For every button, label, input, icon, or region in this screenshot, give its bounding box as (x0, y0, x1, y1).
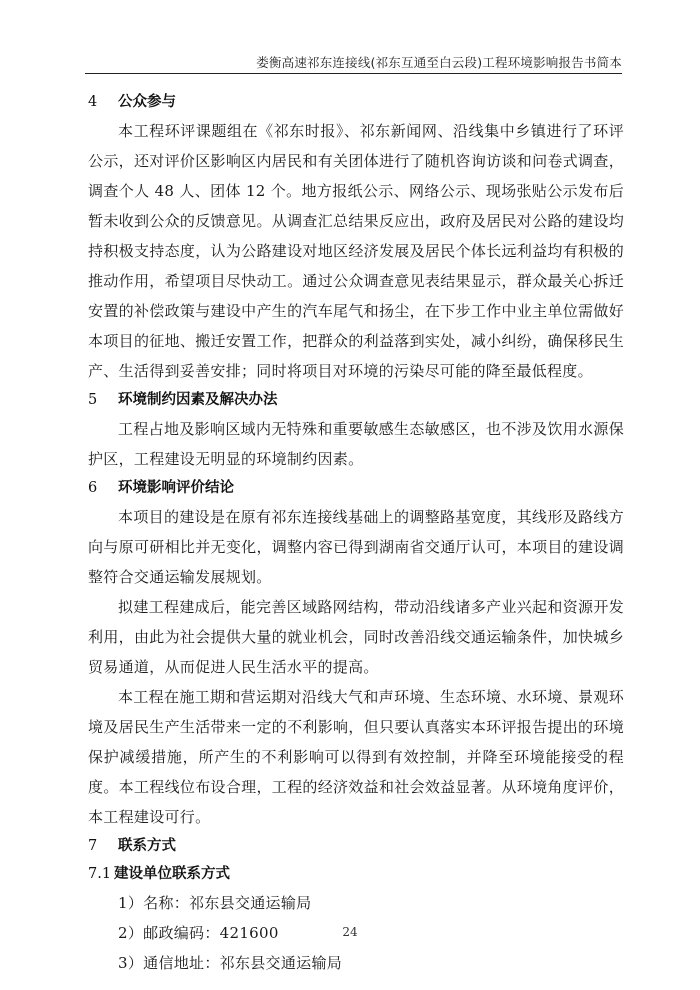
paragraph: 本项目的建设是在原有祁东连接线基础上的调整路基宽度，其线形及路线方向与原可研相比… (88, 502, 624, 592)
section-number: 5 (88, 386, 118, 414)
paragraph: 本工程在施工期和营运期对沿线大气和声环境、生态环境、水环境、景观环境及居民生产生… (88, 682, 624, 832)
section-number: 6 (88, 474, 118, 502)
section-heading-public-participation: 4公众参与 (88, 88, 624, 116)
section-title: 环境制约因素及解决办法 (118, 392, 278, 408)
section-number: 7 (88, 832, 118, 860)
section-heading-eia-conclusion: 6环境影响评价结论 (88, 474, 624, 502)
contact-address: 3）通信地址：祁东县交通运输局 (88, 948, 624, 978)
section-heading-environmental-constraints: 5环境制约因素及解决办法 (88, 386, 624, 414)
running-header: 娄衡高速祁东连接线(祁东互通至白云段)工程环境影响报告书简本 (85, 55, 622, 74)
subsection-number: 7.1 (88, 860, 114, 888)
section-number: 4 (88, 88, 118, 116)
section-title: 公众参与 (118, 94, 176, 110)
subsection-title: 建设单位联系方式 (114, 866, 230, 882)
section-title: 环境影响评价结论 (118, 480, 234, 496)
subsection-heading-builder-contact: 7.1建设单位联系方式 (88, 860, 624, 888)
paragraph: 本工程环评课题组在《祁东时报》、祁东新闻网、沿线集中乡镇进行了环评公示，还对评价… (88, 116, 624, 386)
page-number: 24 (0, 925, 700, 939)
section-title: 联系方式 (118, 838, 176, 854)
page-content: 4公众参与 本工程环评课题组在《祁东时报》、祁东新闻网、沿线集中乡镇进行了环评公… (88, 88, 624, 978)
paragraph: 拟建工程建成后，能完善区域路网结构，带动沿线诸多产业兴起和资源开发利用，由此为社… (88, 592, 624, 682)
contact-name: 1）名称：祁东县交通运输局 (88, 888, 624, 918)
section-heading-contact: 7联系方式 (88, 832, 624, 860)
paragraph: 工程占地及影响区域内无特殊和重要敏感生态敏感区，也不涉及饮用水源保护区，工程建设… (88, 414, 624, 474)
document-page: 娄衡高速祁东连接线(祁东互通至白云段)工程环境影响报告书简本 4公众参与 本工程… (0, 0, 700, 990)
